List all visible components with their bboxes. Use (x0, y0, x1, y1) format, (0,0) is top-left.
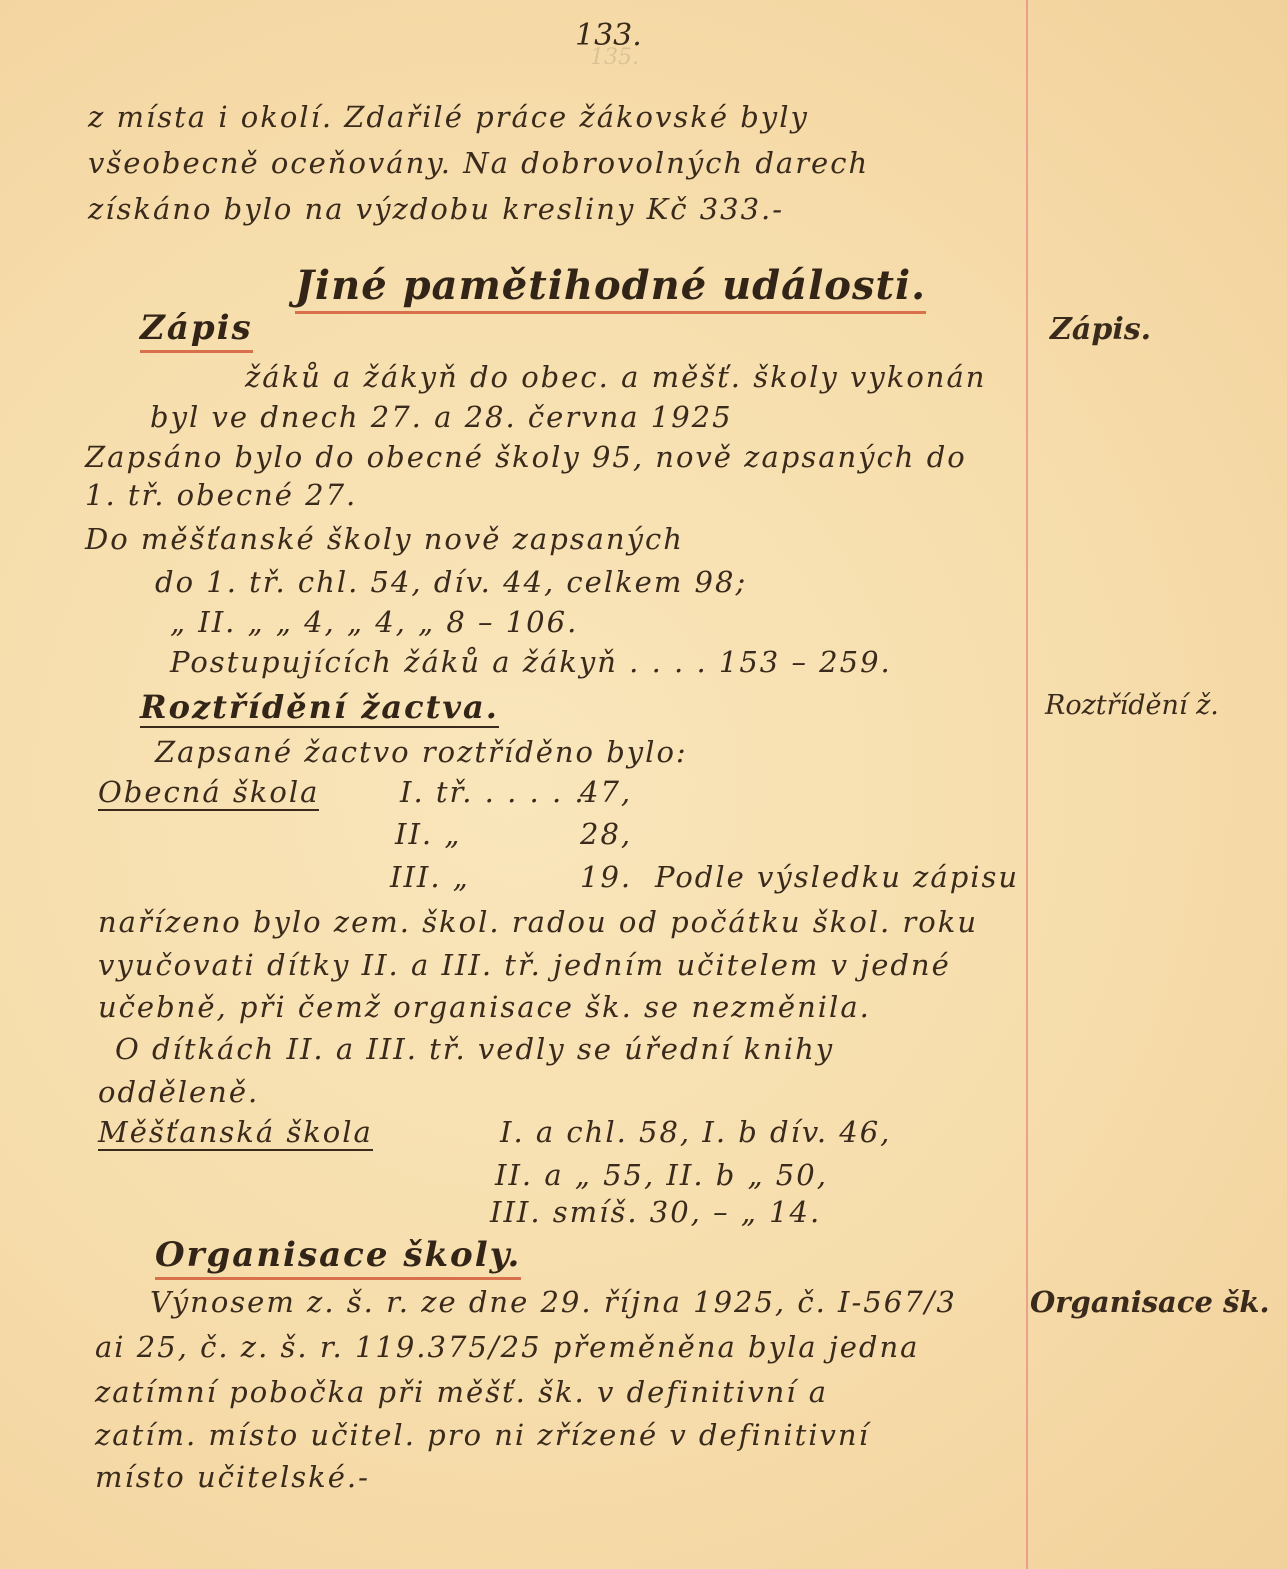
margin-note-roztrideni: Roztřídění ž. (1045, 690, 1219, 721)
roztrideni-heading: Roztřídění žactva. (140, 688, 499, 728)
roztrideni-text-2: nařízeno bylo zem. škol. radou od počátk… (98, 905, 978, 939)
roztrideni-text-4: učebně, při čemž organisace šk. se nezmě… (98, 990, 871, 1024)
zapis-line-3: Zapsáno bylo do obecné školy 95, nově za… (85, 440, 967, 474)
roztrideni-text-6: odděleně. (98, 1075, 259, 1109)
zapis-line-1: žáků a žákyň do obec. a měšť. školy vyko… (245, 360, 986, 394)
intro-line-1: z místa i okolí. Zdařilé práce žákovské … (88, 100, 809, 134)
obecna-class-1: I. tř. . . . . . (400, 775, 586, 809)
zapis-line-7: „ II. „ „ 4, „ 4, „ 8 – 106. (170, 605, 578, 639)
roztrideni-text-1: Podle výsledku zápisu (655, 860, 1019, 894)
obecna-count-2: 28, (580, 817, 632, 851)
organisace-line-5: místo učitelské.- (95, 1460, 370, 1494)
roztrideni-text-5: O dítkách II. a III. tř. vedly se úřední… (115, 1032, 834, 1066)
zapis-heading: Zápis (140, 308, 253, 353)
zapis-line-6: do 1. tř. chl. 54, dív. 44, celkem 98; (155, 565, 747, 599)
obecna-count-3: 19. (580, 860, 632, 894)
roztrideni-text-3: vyučovati dítky II. a III. tř. jedním uč… (98, 948, 951, 982)
red-margin-line (1026, 0, 1028, 1569)
intro-line-3: získáno bylo na výzdobu kresliny Kč 333.… (88, 192, 784, 226)
margin-note-zapis: Zápis. (1050, 312, 1151, 347)
margin-note-organisace: Organisace šk. (1030, 1285, 1270, 1319)
zapis-line-8: Postupujících žáků a žákyň . . . . 153 –… (170, 645, 892, 679)
roztrideni-intro: Zapsané žactvo roztříděno bylo: (155, 735, 688, 769)
mestanska-row-2: II. a „ 55, II. b „ 50, (495, 1158, 828, 1192)
mestanska-label: Měšťanská škola (98, 1115, 373, 1151)
organisace-line-3: zatímní pobočka při měšť. šk. v definiti… (95, 1375, 828, 1409)
organisace-line-4: zatím. místo učitel. pro ni zřízené v de… (95, 1418, 870, 1452)
obecna-class-2: II. „ (395, 817, 461, 851)
zapis-line-2: byl ve dnech 27. a 28. června 1925 (150, 400, 733, 434)
zapis-line-4: 1. tř. obecné 27. (85, 478, 357, 512)
mestanska-row-3: III. smíš. 30, – „ 14. (490, 1195, 821, 1229)
organisace-line-1: Výnosem z. š. r. ze dne 29. října 1925, … (150, 1285, 957, 1319)
zapis-line-5: Do měšťanské školy nově zapsaných (85, 522, 684, 556)
section-title: Jiné pamětihodné události. (295, 262, 926, 314)
mestanska-row-1: I. a chl. 58, I. b dív. 46, (500, 1115, 891, 1149)
organisace-heading: Organisace školy. (155, 1235, 521, 1280)
obecna-label: Obecná škola (98, 775, 319, 811)
bleed-through-page-number: 135. (590, 45, 639, 70)
obecna-class-3: III. „ (390, 860, 470, 894)
obecna-count-1: 47, (580, 775, 632, 809)
intro-line-2: všeobecně oceňovány. Na dobrovolných dar… (88, 146, 869, 180)
organisace-line-2: ai 25, č. z. š. r. 119.375/25 přeměněna … (95, 1330, 919, 1364)
